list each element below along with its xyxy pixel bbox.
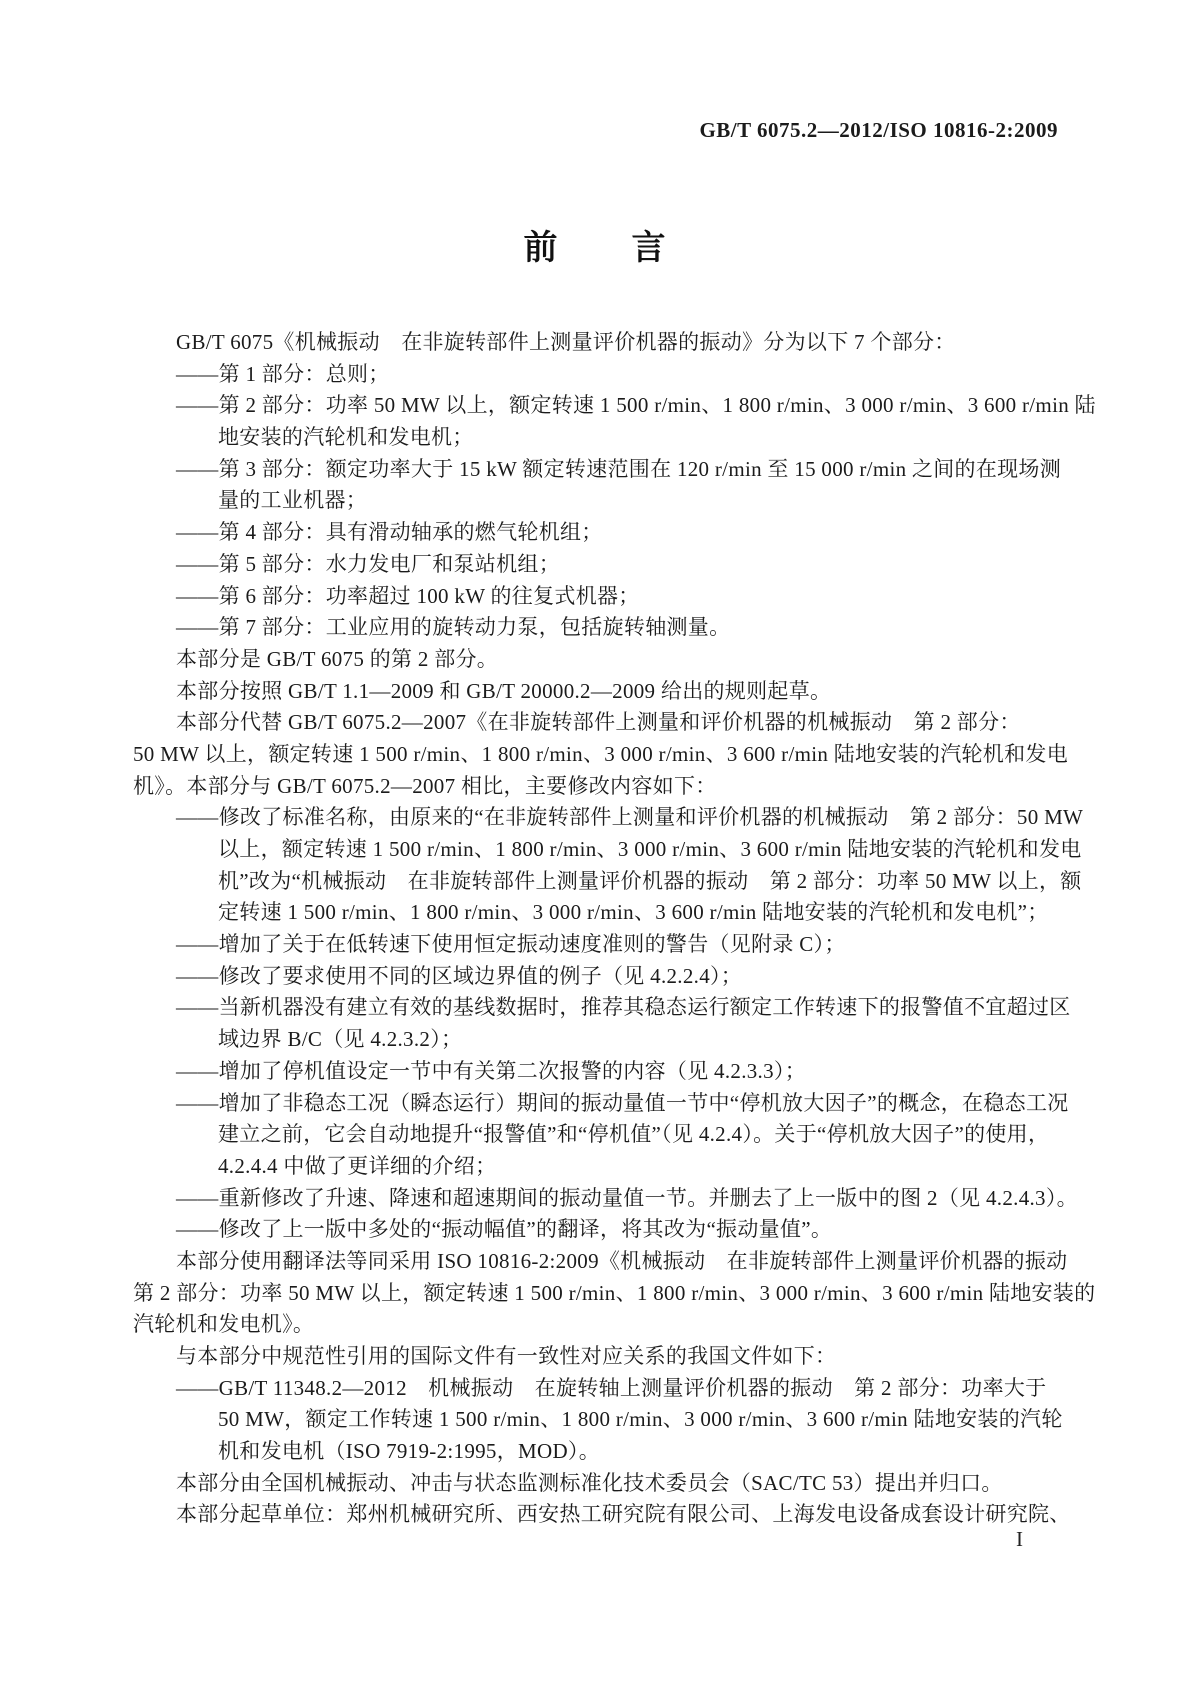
foreword-line: ——第 6 部分：功率超过 100 kW 的往复式机器；: [133, 581, 1061, 613]
page-number: I: [1016, 1527, 1023, 1552]
foreword-line: 本部分起草单位：郑州机械研究所、西安热工研究院有限公司、上海发电设备成套设计研究…: [133, 1499, 1061, 1531]
foreword-line: 本部分代替 GB/T 6075.2—2007《在非旋转部件上测量和评价机器的机械…: [133, 707, 1061, 739]
page-title: 前 言: [0, 220, 1191, 269]
foreword-line: 本部分使用翻译法等同采用 ISO 10816-2:2009《机械振动 在非旋转部…: [133, 1246, 1061, 1278]
foreword-line: 50 MW 以上，额定转速 1 500 r/min、1 800 r/min、3 …: [133, 739, 1061, 771]
standard-number-header: GB/T 6075.2—2012/ISO 10816-2:2009: [699, 118, 1058, 143]
foreword-line: ——第 1 部分：总则；: [133, 359, 1061, 391]
foreword-line: ——当新机器没有建立有效的基线数据时，推荐其稳态运行额定工作转速下的报警值不宜超…: [133, 992, 1061, 1024]
foreword-line: 量的工业机器；: [133, 485, 1061, 517]
foreword-line: ——增加了非稳态工况（瞬态运行）期间的振动量值一节中“停机放大因子”的概念，在稳…: [133, 1088, 1061, 1120]
foreword-line: 本部分是 GB/T 6075 的第 2 部分。: [133, 644, 1061, 676]
foreword-line: 本部分按照 GB/T 1.1—2009 和 GB/T 20000.2—2009 …: [133, 676, 1061, 708]
foreword-line: 与本部分中规范性引用的国际文件有一致性对应关系的我国文件如下：: [133, 1341, 1061, 1373]
foreword-body: GB/T 6075《机械振动 在非旋转部件上测量评价机器的振动》分为以下 7 个…: [133, 327, 1061, 1531]
foreword-line: ——修改了上一版中多处的“振动幅值”的翻译，将其改为“振动量值”。: [133, 1214, 1061, 1246]
foreword-line: 机和发电机（ISO 7919-2:1995，MOD）。: [133, 1436, 1061, 1468]
foreword-line: ——第 7 部分：工业应用的旋转动力泵，包括旋转轴测量。: [133, 612, 1061, 644]
document-page: GB/T 6075.2—2012/ISO 10816-2:2009 前 言 GB…: [0, 0, 1191, 1684]
foreword-line: ——增加了关于在低转速下使用恒定振动速度准则的警告（见附录 C）；: [133, 929, 1061, 961]
foreword-line: 地安装的汽轮机和发电机；: [133, 422, 1061, 454]
foreword-line: 域边界 B/C（见 4.2.3.2）；: [133, 1024, 1061, 1056]
foreword-line: 建立之前，它会自动地提升“报警值”和“停机值”（见 4.2.4）。关于“停机放大…: [133, 1119, 1061, 1151]
foreword-line: ——重新修改了升速、降速和超速期间的振动量值一节。并删去了上一版中的图 2（见 …: [133, 1183, 1061, 1215]
foreword-line: ——修改了标准名称，由原来的“在非旋转部件上测量和评价机器的机械振动 第 2 部…: [133, 802, 1061, 834]
foreword-line: 以上，额定转速 1 500 r/min、1 800 r/min、3 000 r/…: [133, 834, 1061, 866]
foreword-line: ——第 5 部分：水力发电厂和泵站机组；: [133, 549, 1061, 581]
foreword-line: 定转速 1 500 r/min、1 800 r/min、3 000 r/min、…: [133, 897, 1061, 929]
foreword-line: ——第 2 部分：功率 50 MW 以上，额定转速 1 500 r/min、1 …: [133, 390, 1061, 422]
foreword-line: 机》。本部分与 GB/T 6075.2—2007 相比，主要修改内容如下：: [133, 771, 1061, 803]
foreword-line: 机”改为“机械振动 在非旋转部件上测量评价机器的振动 第 2 部分：功率 50 …: [133, 866, 1061, 898]
foreword-line: 本部分由全国机械振动、冲击与状态监测标准化技术委员会（SAC/TC 53）提出并…: [133, 1468, 1061, 1500]
foreword-line: 50 MW，额定工作转速 1 500 r/min、1 800 r/min、3 0…: [133, 1404, 1061, 1436]
foreword-line: 4.2.4.4 中做了更详细的介绍；: [133, 1151, 1061, 1183]
foreword-line: ——第 4 部分：具有滑动轴承的燃气轮机组；: [133, 517, 1061, 549]
foreword-line: ——修改了要求使用不同的区域边界值的例子（见 4.2.2.4）；: [133, 961, 1061, 993]
foreword-line: ——第 3 部分：额定功率大于 15 kW 额定转速范围在 120 r/min …: [133, 454, 1061, 486]
foreword-line: 第 2 部分：功率 50 MW 以上，额定转速 1 500 r/min、1 80…: [133, 1278, 1061, 1310]
foreword-line: GB/T 6075《机械振动 在非旋转部件上测量评价机器的振动》分为以下 7 个…: [133, 327, 1061, 359]
foreword-line: ——GB/T 11348.2—2012 机械振动 在旋转轴上测量评价机器的振动 …: [133, 1373, 1061, 1405]
foreword-line: 汽轮机和发电机》。: [133, 1309, 1061, 1341]
foreword-line: ——增加了停机值设定一节中有关第二次报警的内容（见 4.2.3.3）；: [133, 1056, 1061, 1088]
